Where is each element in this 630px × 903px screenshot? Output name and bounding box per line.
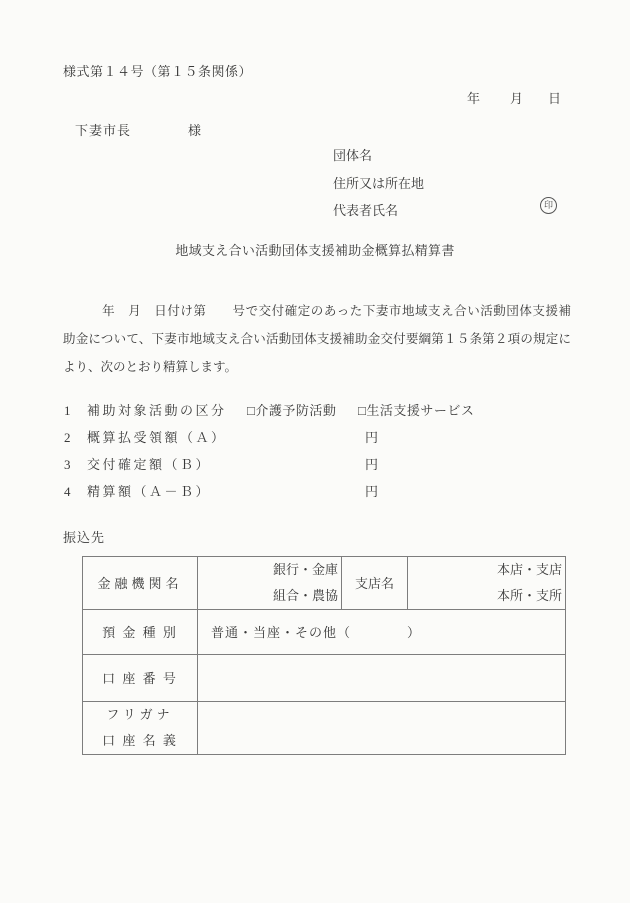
date-month-label: 月 xyxy=(510,92,523,105)
yen-unit-label: 円 xyxy=(365,458,378,471)
item-number: 1 xyxy=(64,404,71,417)
branch-name-field: 本店・支店 本所・支所 xyxy=(408,557,566,610)
account-number-label: 口 座 番 号 xyxy=(83,655,198,702)
table-row-institution: 金融機関名 銀行・金庫 組合・農協 支店名 本店・支店 本所・支所 xyxy=(83,557,566,610)
account-holder-field xyxy=(198,702,566,755)
paragraph-line-2: 助金について、下妻市地域支え合い活動団体支援補助金交付要綱第１５条第２項の規定に xyxy=(63,325,571,353)
yen-unit-label: 円 xyxy=(365,485,378,498)
table-row-account-number: 口 座 番 号 xyxy=(83,655,566,702)
date-day-label: 日 xyxy=(548,92,561,105)
representative-label: 代表者氏名 xyxy=(333,204,398,217)
item-label: 概算払受領額（Ａ） xyxy=(87,431,227,444)
item-activity-category: 1 補助対象活動の区分 □介護予防活動 □生活支援サービス xyxy=(0,404,630,424)
option-life-support-label: 生活支援サービス xyxy=(366,403,474,418)
date-year-label: 年 xyxy=(467,92,480,105)
account-number-field xyxy=(198,655,566,702)
paragraph-line-1: 年 月 日付け第 号で交付確定のあった下妻市地域支え合い活動団体支援補 xyxy=(63,297,571,325)
transfer-section-heading: 振込先 xyxy=(63,531,105,544)
institution-type-line1: 銀行・金庫 xyxy=(198,557,338,583)
deposit-type-field: 普通・当座・その他（ ） xyxy=(198,610,566,655)
item-settlement-amount: 4 精算額（Ａ－Ｂ） 円 xyxy=(0,485,630,505)
branch-name-label: 支店名 xyxy=(342,557,408,610)
transfer-table: 金融機関名 銀行・金庫 組合・農協 支店名 本店・支店 本所・支所 預 金 種 … xyxy=(82,556,566,755)
addressee-name: 下妻市長 xyxy=(75,124,131,137)
item-number: 3 xyxy=(64,458,71,471)
deposit-type-label: 預 金 種 別 xyxy=(83,610,198,655)
account-holder-label: フリガナ 口 座 名 義 xyxy=(83,702,198,755)
seal-icon: 印 xyxy=(540,197,557,214)
seal-mark-text: 印 xyxy=(544,201,553,210)
item-number: 2 xyxy=(64,431,71,444)
institution-type-line2: 組合・農協 xyxy=(198,583,338,609)
option-care-prevention-label: 介護予防活動 xyxy=(255,403,336,418)
document-title: 地域支え合い活動団体支援補助金概算払精算書 xyxy=(0,244,630,257)
form-number: 様式第１４号（第１５条関係） xyxy=(63,65,252,78)
branch-type-line1: 本店・支店 xyxy=(408,557,562,583)
item-label: 補助対象活動の区分 xyxy=(87,404,227,417)
item-label: 精算額（Ａ－Ｂ） xyxy=(87,485,211,498)
item-confirmed-amount: 3 交付確定額（Ｂ） 円 xyxy=(0,458,630,478)
institution-name-field: 銀行・金庫 組合・農協 xyxy=(198,557,342,610)
yen-unit-label: 円 xyxy=(365,431,378,444)
paragraph-line-3: より、次のとおり精算します。 xyxy=(63,353,571,381)
option-life-support: □生活支援サービス xyxy=(358,404,474,417)
body-paragraph: 年 月 日付け第 号で交付確定のあった下妻市地域支え合い活動団体支援補 助金につ… xyxy=(63,297,571,381)
item-provisional-payment: 2 概算払受領額（Ａ） 円 xyxy=(0,431,630,451)
institution-name-label: 金融機関名 xyxy=(83,557,198,610)
option-care-prevention: □介護予防活動 xyxy=(247,404,336,417)
addressee-honorific: 様 xyxy=(188,124,201,137)
branch-type-line2: 本所・支所 xyxy=(408,583,562,609)
table-row-account-holder: フリガナ 口 座 名 義 xyxy=(83,702,566,755)
account-holder-name-label: 口 座 名 義 xyxy=(83,728,197,754)
item-label: 交付確定額（Ｂ） xyxy=(87,458,211,471)
group-name-label: 団体名 xyxy=(333,149,372,162)
furigana-label: フリガナ xyxy=(83,702,197,728)
address-label: 住所又は所在地 xyxy=(333,177,424,190)
item-number: 4 xyxy=(64,485,71,498)
table-row-deposit-type: 預 金 種 別 普通・当座・その他（ ） xyxy=(83,610,566,655)
form-page: 様式第１４号（第１５条関係） 年 月 日 下妻市長 様 団体名 住所又は所在地 … xyxy=(0,0,630,903)
